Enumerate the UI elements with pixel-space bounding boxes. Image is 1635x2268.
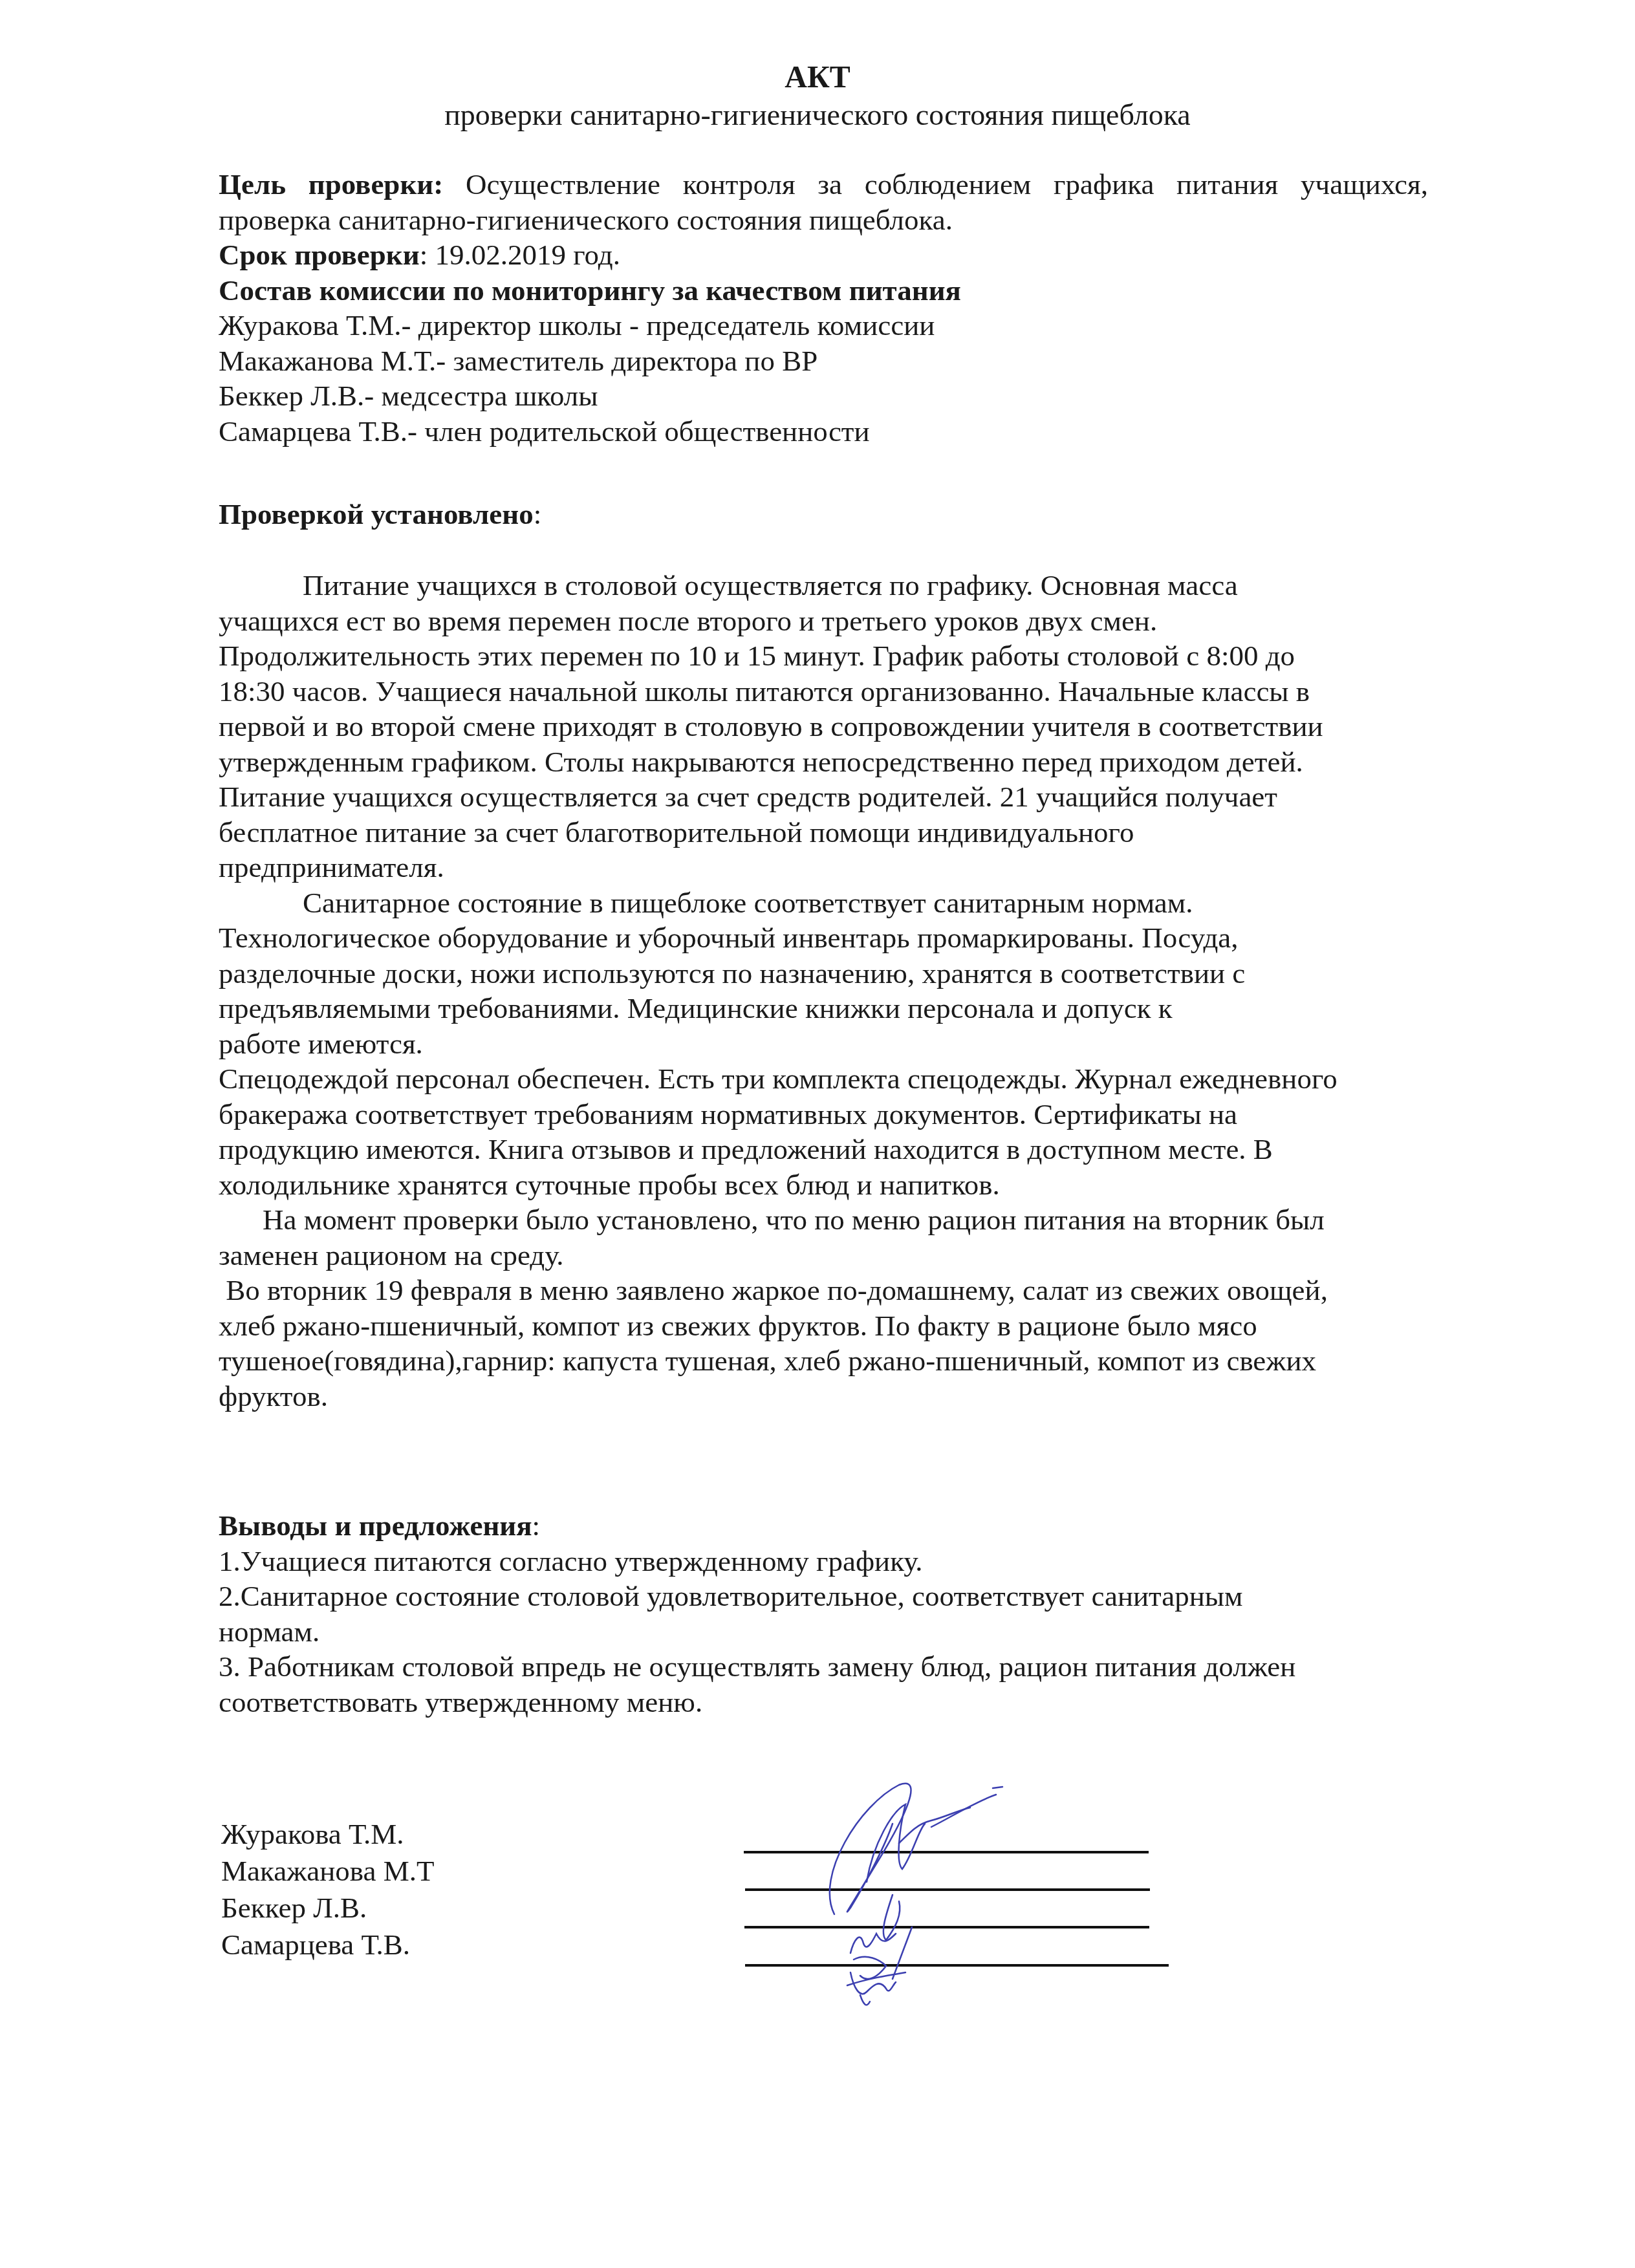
- findings-line: утвержденным графиком. Столы накрываются…: [219, 744, 1428, 780]
- document-subtitle: проверки санитарно-гигиенического состоя…: [0, 97, 1635, 133]
- signatory-name: Макажанова М.Т: [221, 1853, 434, 1890]
- signatory-name: Самарцева Т.В.: [221, 1927, 434, 1963]
- conclusions-heading: Выводы и предложения:: [219, 1508, 1428, 1544]
- signatory-name: Беккер Л.В.: [221, 1890, 434, 1927]
- findings-line: Санитарное состояние в пищеблоке соответ…: [219, 885, 1428, 921]
- commission-member: Самарцева Т.В.- член родительской общест…: [219, 414, 1428, 449]
- header-section: Цель проверки: Осуществление контроля за…: [219, 167, 1428, 449]
- findings-line: Технологическое оборудование и уборочный…: [219, 920, 1428, 956]
- findings-line: тушеное(говядина),гарнир: капуста тушена…: [219, 1343, 1428, 1379]
- findings-line: На момент проверки было установлено, что…: [219, 1202, 1428, 1238]
- conclusion-line: нормам.: [219, 1614, 1428, 1650]
- findings-line: Питание учащихся в столовой осуществляет…: [219, 568, 1428, 603]
- conclusion-line: 1.Учащиеся питаются согласно утвержденно…: [219, 1544, 1428, 1579]
- findings-line: предпринимателя.: [219, 850, 1428, 885]
- conclusion-line: 3. Работникам столовой впредь не осущест…: [219, 1649, 1428, 1685]
- findings-line: первой и во второй смене приходят в стол…: [219, 709, 1428, 744]
- check-date: Срок проверки: 19.02.2019 год.: [219, 237, 1428, 273]
- findings-line: 18:30 часов. Учащиеся начальной школы пи…: [219, 674, 1428, 709]
- purpose-line-2: проверка санитарно-гигиенического состоя…: [219, 202, 1428, 238]
- findings-line: продукцию имеются. Книга отзывов и предл…: [219, 1132, 1428, 1167]
- handwritten-signatures-icon: [737, 1766, 1099, 2011]
- findings-line: Во вторник 19 февраля в меню заявлено жа…: [219, 1273, 1428, 1308]
- commission-heading: Состав комиссии по мониторингу за качест…: [219, 273, 1428, 308]
- findings-line: разделочные доски, ножи используются по …: [219, 956, 1428, 991]
- conclusion-line: 2.Санитарное состояние столовой удовлетв…: [219, 1579, 1428, 1614]
- document-page: АКТ проверки санитарно-гигиенического со…: [0, 0, 1635, 2268]
- findings-line: работе имеются.: [219, 1026, 1428, 1062]
- findings-line: хлеб ржано-пшеничный, компот из свежих ф…: [219, 1308, 1428, 1344]
- findings-line: Питание учащихся осуществляется за счет …: [219, 779, 1428, 815]
- purpose-label: Цель проверки: [219, 168, 433, 200]
- findings-heading: Проверкой установлено:: [219, 497, 1428, 532]
- commission-member: Беккер Л.В.- медсестра школы: [219, 378, 1428, 414]
- commission-member: Макажанова М.Т.- заместитель директора п…: [219, 343, 1428, 379]
- purpose-line-1: Цель проверки: Осуществление контроля за…: [219, 167, 1428, 202]
- findings-line: Продолжительность этих перемен по 10 и 1…: [219, 638, 1428, 674]
- date-label: Срок проверки: [219, 239, 420, 271]
- findings-line: бракеража соответствует требованиям норм…: [219, 1097, 1428, 1132]
- commission-member: Журакова Т.М.- директор школы - председа…: [219, 308, 1428, 343]
- findings-line: бесплатное питание за счет благотворител…: [219, 815, 1428, 850]
- date-value: 19.02.2019 год.: [435, 239, 620, 271]
- conclusion-line: соответствовать утвержденному меню.: [219, 1685, 1428, 1720]
- findings-line: Спецодеждой персонал обеспечен. Есть три…: [219, 1061, 1428, 1097]
- findings-line: фруктов.: [219, 1379, 1428, 1414]
- signatory-name: Журакова Т.М.: [221, 1816, 434, 1853]
- findings-line: предъявляемыми требованиями. Медицинские…: [219, 991, 1428, 1026]
- signatories-list: Журакова Т.М. Макажанова М.Т Беккер Л.В.…: [221, 1816, 434, 1963]
- findings-line: заменен рационом на среду.: [219, 1238, 1428, 1273]
- findings-section: Питание учащихся в столовой осуществляет…: [219, 568, 1428, 1414]
- findings-line: учащихся ест во время перемен после втор…: [219, 603, 1428, 639]
- conclusions-section: Выводы и предложения: 1.Учащиеся питаютс…: [219, 1508, 1428, 1720]
- findings-line: холодильнике хранятся суточные пробы все…: [219, 1167, 1428, 1203]
- document-title: АКТ: [0, 59, 1635, 96]
